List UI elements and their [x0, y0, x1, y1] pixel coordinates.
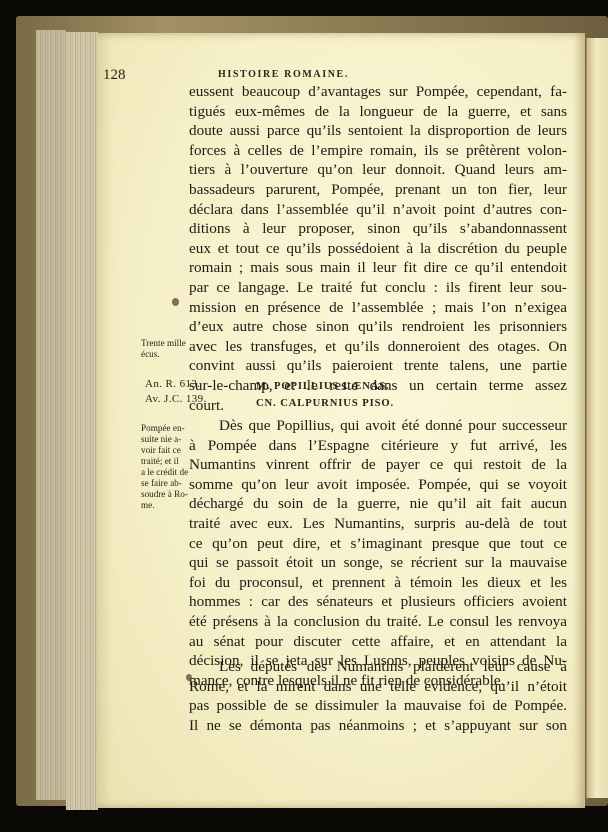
- paragraph-2: Dès que Popillius, qui avoit été donné p…: [189, 416, 567, 690]
- text-line: convint aussi qu’ils paieroient trente t…: [189, 356, 567, 376]
- year-av-jc: Av. J.C. 139.: [145, 392, 207, 407]
- margin-note-trente-mille: Trente mille écus.: [141, 338, 203, 360]
- consul-second: CN. CALPURNIUS PISO.: [256, 395, 394, 412]
- margin-note-line: Trente mille: [141, 338, 203, 349]
- foxing-spot: [186, 674, 192, 681]
- consul-first: M. POPILLIUS LÆNAS.: [256, 378, 394, 395]
- margin-note-line: écus.: [141, 349, 203, 360]
- running-head: HISTOIRE ROMAINE.: [218, 69, 349, 80]
- paragraph-3: Les députés des Numantins plaidèrent leu…: [189, 657, 567, 735]
- text-line: qui se passoit étoit un songe, se récrie…: [189, 553, 567, 573]
- text-line: été présens à la conclusion du traité. L…: [189, 612, 567, 632]
- foxing-spot: [172, 298, 179, 306]
- paragraph-1: eussent beaucoup d’avantages sur Pompée,…: [189, 82, 567, 415]
- text-line: romain ; mais sous main il leur fit dire…: [189, 258, 567, 278]
- text-line: somme qu’on leur avoit imposée. Pompée, …: [189, 475, 567, 495]
- text-line: à Pompée dans l’Espagne citérieure y fut…: [189, 436, 567, 456]
- text-line: d’eux autre chose sinon qu’ils rendroien…: [189, 317, 567, 337]
- text-line: ce qu’on peut dire, et s’imaginant presq…: [189, 534, 567, 554]
- page-header: 128 HISTOIRE ROMAINE.: [0, 67, 608, 83]
- text-line: traité avec eux. Les Numantins, surpris …: [189, 514, 567, 534]
- text-line: forces à celles de l’empire romain, ils …: [189, 141, 567, 161]
- text-line: Les députés des Numantins plaidèrent leu…: [189, 657, 567, 677]
- text-line: eussent beaucoup d’avantages sur Pompée,…: [189, 82, 567, 102]
- facing-page-edge: [586, 38, 608, 798]
- page-number: 128: [103, 67, 126, 84]
- text-line: ditions à leur proposer, sinon qu’ils s’…: [189, 219, 567, 239]
- text-line: bassadeurs parurent, Pompée, prenant un …: [189, 180, 567, 200]
- text-line: foi du proconsul, et prennent à témoin l…: [189, 573, 567, 593]
- text-line: Numantins vinrent offrir de payer ce qui…: [189, 455, 567, 475]
- text-line: pas possible de se dissimuler la mauvais…: [189, 696, 567, 716]
- text-line: tigués eux-mêmes de la longueur de la gu…: [189, 102, 567, 122]
- text-line: Dès que Popillius, qui avoit été donné p…: [189, 416, 567, 436]
- text-line: déchargé du soin de la guerre, nie qu’il…: [189, 494, 567, 514]
- text-line: doute aussi parce qu’ils sentoient la di…: [189, 121, 567, 141]
- page-stack-edge: [36, 30, 66, 800]
- year-an-r: An. R. 613.: [145, 377, 207, 392]
- text-line: hommes : car des sénateurs et plusieurs …: [189, 592, 567, 612]
- text-line: Rome, et la mirent dans une telle éviden…: [189, 677, 567, 697]
- text-line: par ce langage. Le traité fut conclu : i…: [189, 278, 567, 298]
- consuls-heading: M. POPILLIUS LÆNAS. CN. CALPURNIUS PISO.: [256, 378, 394, 412]
- page-stack-edge-inner: [66, 32, 98, 810]
- text-line: au sénat pour discuter cette affaire, et…: [189, 632, 567, 652]
- text-line: avec les transfuges, et qu’ils donneroie…: [189, 337, 567, 357]
- text-line: déclara dans l’assemblée qu’il n’avoit p…: [189, 200, 567, 220]
- text-line: mission en présence de l’assemblée ; mai…: [189, 298, 567, 318]
- year-notes: An. R. 613. Av. J.C. 139.: [145, 377, 207, 407]
- text-line: eux et tout ce qu’ils possédoient à la d…: [189, 239, 567, 259]
- text-line: tiers à l’ouverture qu’on leur donnoit. …: [189, 160, 567, 180]
- text-line: Il ne se démonta pas néanmoins ; et s’ap…: [189, 716, 567, 736]
